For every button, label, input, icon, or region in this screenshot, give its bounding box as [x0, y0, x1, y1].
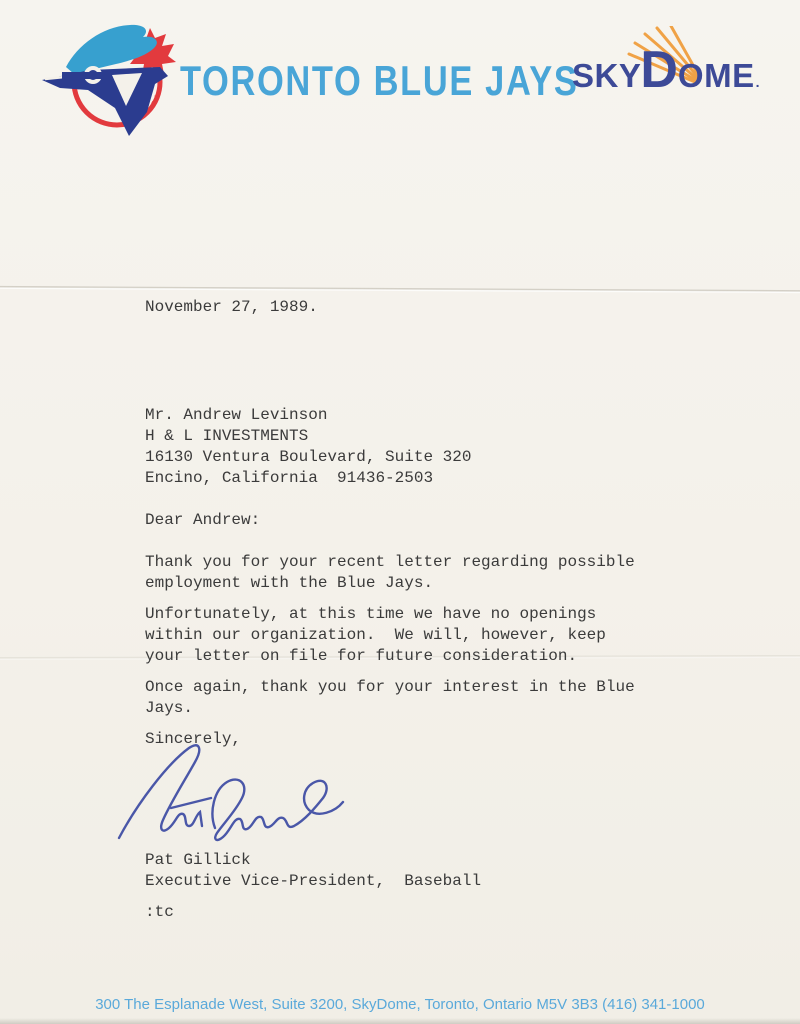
signer-name: Pat Gillick	[145, 851, 251, 869]
typist-initials: :tc	[145, 902, 174, 923]
skydome-trademark-dot: .	[756, 74, 760, 90]
skydome-ome-text: OME	[678, 57, 755, 95]
skydome-logo: SKY D OME .	[572, 50, 759, 110]
recipient-name: Mr. Andrew Levinson	[145, 406, 327, 424]
signer-block: Pat Gillick Executive Vice-President, Ba…	[145, 850, 481, 892]
skydome-d-text: D	[640, 50, 678, 90]
footer-address: 300 The Esplanade West, Suite 3200, SkyD…	[0, 996, 800, 1013]
body-paragraph-1: Thank you for your recent letter regardi…	[145, 552, 635, 594]
recipient-street: 16130 Ventura Boulevard, Suite 320	[145, 448, 471, 466]
scanned-letter-page: TORONTO BLUE JAYS SKY D OME . November 2…	[0, 0, 800, 1024]
recipient-city: Encino, California 91436-2503	[145, 469, 433, 487]
blue-jays-logo-icon	[30, 12, 200, 152]
scan-bottom-edge	[0, 1018, 800, 1024]
letter-date: November 27, 1989.	[145, 297, 318, 318]
salutation: Dear Andrew:	[145, 510, 260, 531]
skydome-sky-text: SKY	[572, 57, 641, 95]
fold-line-top	[0, 286, 800, 293]
toronto-blue-jays-wordmark: TORONTO BLUE JAYS	[180, 57, 579, 105]
signer-title: Executive Vice-President, Baseball	[145, 872, 481, 890]
recipient-company: H & L INVESTMENTS	[145, 427, 308, 445]
signature	[115, 740, 350, 852]
recipient-address-block: Mr. Andrew Levinson H & L INVESTMENTS 16…	[145, 405, 471, 489]
body-paragraph-3: Once again, thank you for your interest …	[145, 677, 635, 719]
body-paragraph-2: Unfortunately, at this time we have no o…	[145, 604, 606, 667]
